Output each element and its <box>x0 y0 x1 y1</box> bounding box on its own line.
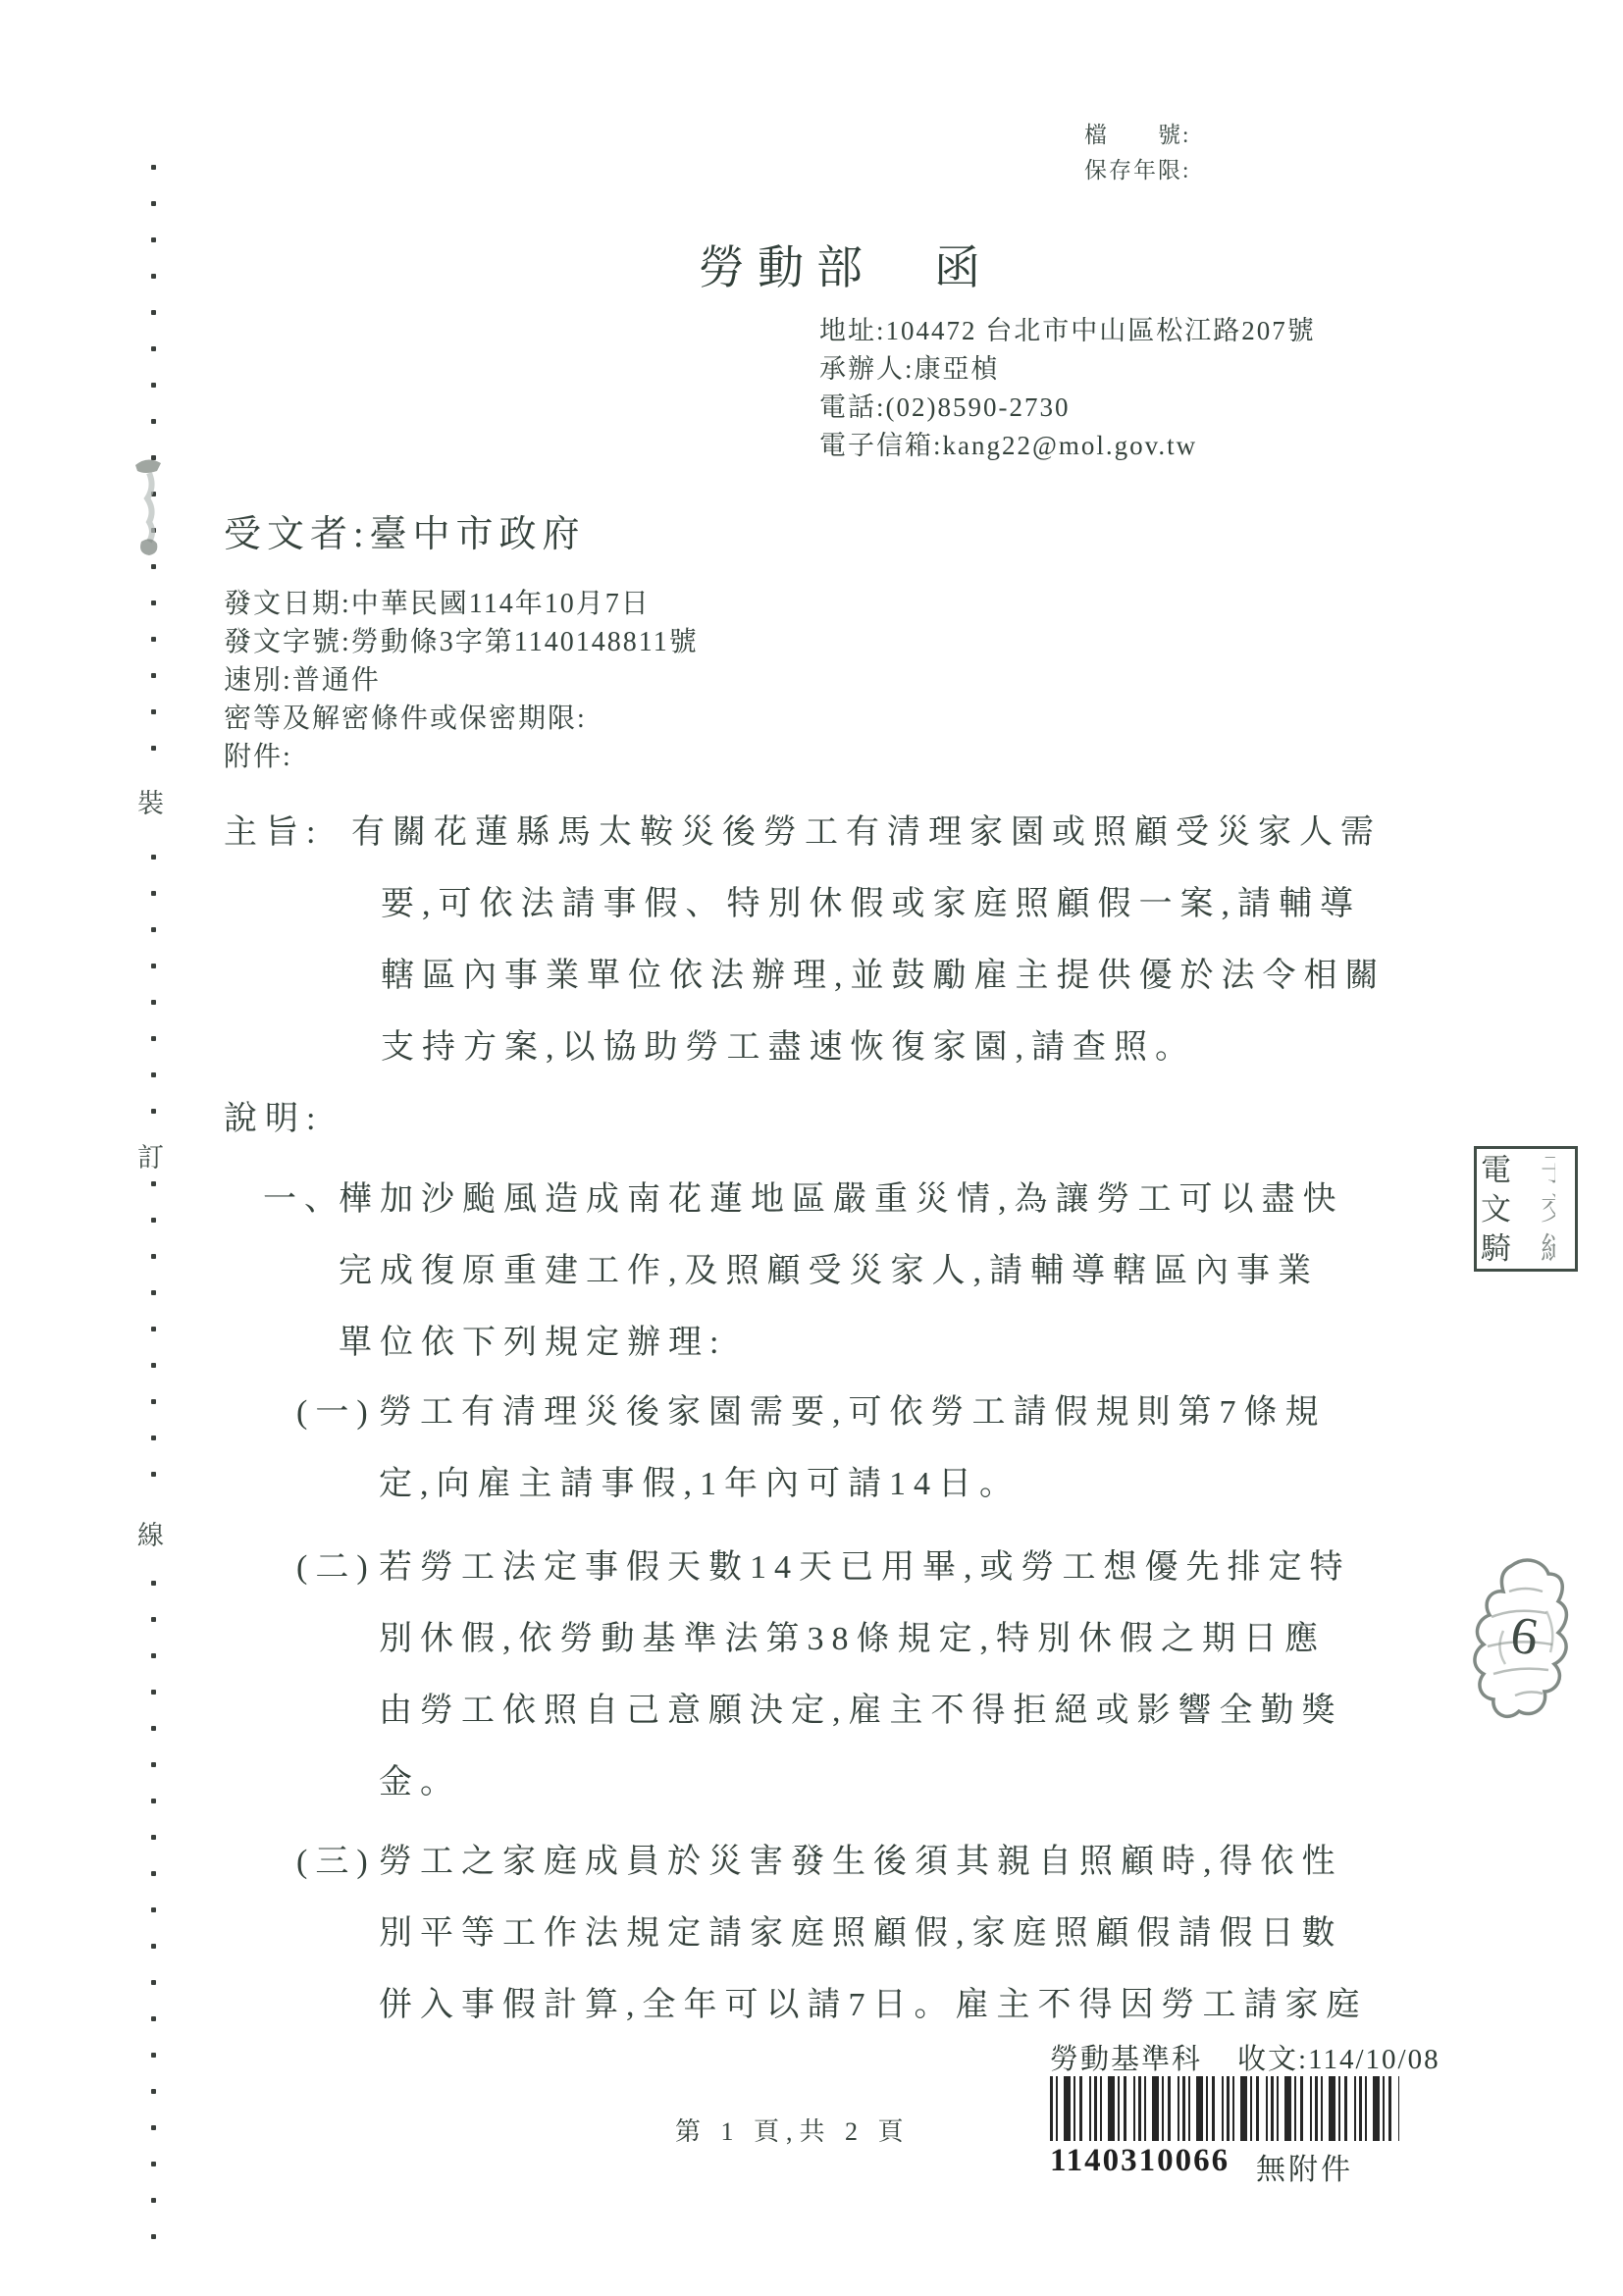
classification-line: 密等及解密條件或保密期限: <box>224 700 699 738</box>
binding-dot <box>151 1399 156 1404</box>
binding-dot <box>151 1690 156 1695</box>
page-footer: 第 1 頁,共 2 頁 <box>675 2112 911 2148</box>
binding-dot <box>151 1871 156 1876</box>
item-line: 由勞工依照自己意願決定,雇主不得拒絕或影響全勤獎 <box>379 1675 1351 1747</box>
binding-dot <box>151 1036 156 1041</box>
binding-dot <box>151 237 156 242</box>
file-number-block: 檔 號: 保存年限: <box>1084 118 1190 188</box>
file-number-label: 檔 號: <box>1084 118 1190 153</box>
binding-dot <box>151 1109 156 1114</box>
binding-dot <box>151 1907 156 1912</box>
phone-line: 電話:(02)8590-2730 <box>819 389 1316 427</box>
scanned-letter: { "header": { "file_label": "檔 號:", "ret… <box>0 0 1623 2296</box>
binding-dot <box>151 927 156 932</box>
subject-line: 轄區內事業單位依法辦理,並鼓勵雇主提供優於法令相關 <box>381 940 1387 1012</box>
barcode <box>1050 2076 1399 2141</box>
binding-dot <box>151 746 156 751</box>
item-line: 勞工有清理災後家園需要,可依勞工請假規則第7條規 <box>379 1377 1327 1448</box>
document-title: 勞動部 函 <box>699 232 993 297</box>
binding-dot <box>151 201 156 206</box>
binding-dot <box>151 1254 156 1259</box>
binding-dot <box>151 310 156 315</box>
binding-dot <box>151 1000 156 1005</box>
binding-dot <box>151 2234 156 2239</box>
receipt-attachment: 無附件 <box>1256 2145 1353 2188</box>
binding-dot <box>151 855 156 860</box>
binding-dot <box>151 1181 156 1186</box>
binding-dot <box>151 673 156 678</box>
binding-dot <box>151 1799 156 1803</box>
binding-dot <box>151 1072 156 1077</box>
receipt-dept: 勞動基準科 <box>1050 2044 1202 2075</box>
binding-dot <box>151 1363 156 1368</box>
address-line: 地址:104472 台北市中山區松江路207號 <box>819 312 1316 350</box>
priority-line: 速別:普通件 <box>224 661 699 700</box>
binding-dot <box>151 346 156 351</box>
binding-mark-ding: 訂 <box>137 1136 164 1174</box>
item-1: 樺加沙颱風造成南花蓮地區嚴重災情,為讓勞工可以盡快 完成復原重建工作,及照顧受災… <box>339 1164 1344 1379</box>
binding-dot <box>151 419 156 424</box>
binding-dot <box>151 1581 156 1586</box>
binding-dot <box>151 2053 156 2058</box>
subject-line: 要,可依法請事假、特別休假或家庭照顧假一案,請輔導 <box>381 868 1387 940</box>
seam-stamp: 電 文 騎 子 交 縫 <box>1474 1146 1578 1272</box>
binding-dot <box>151 1435 156 1440</box>
attachment-line: 附件: <box>224 738 699 776</box>
binding-dot <box>151 383 156 388</box>
receipt-stamp-header: 勞動基準科收文:114/10/08 <box>1050 2037 1440 2077</box>
binding-dot <box>151 1726 156 1731</box>
item-1-3: 勞工之家庭成員於災害發生後須其親自照顧時,得依性 別平等工作法規定請家庭照顧假,… <box>379 1826 1368 2041</box>
item-1-2-label: (二) <box>296 1532 376 1603</box>
contact-person-line: 承辦人:康亞楨 <box>819 350 1316 389</box>
binding-dot <box>151 165 156 170</box>
binding-dot <box>151 1327 156 1331</box>
binding-dot <box>151 1290 156 1295</box>
binding-dot <box>151 274 156 279</box>
binding-dot <box>151 2016 156 2021</box>
binding-dot <box>151 1980 156 1985</box>
binding-dot <box>151 709 156 714</box>
binding-dot <box>151 891 156 896</box>
item-line: 定,向雇主請事假,1年內可請14日。 <box>379 1448 1327 1520</box>
seam-stamp-full-column: 電 文 騎 <box>1481 1151 1511 1267</box>
binding-dot <box>151 600 156 605</box>
item-line: 勞工之家庭成員於災害發生後須其親自照顧時,得依性 <box>379 1826 1368 1898</box>
item-1-label: 一、 <box>263 1164 345 1235</box>
binding-dot <box>151 2125 156 2130</box>
binding-mark-zhuang: 裝 <box>137 782 164 820</box>
binding-dot <box>151 2089 156 2094</box>
subject-line: 支持方案,以協助勞工盡速恢復家園,請查照。 <box>381 1012 1387 1083</box>
item-line: 樺加沙颱風造成南花蓮地區嚴重災情,為讓勞工可以盡快 <box>339 1164 1344 1235</box>
binding-dot <box>151 637 156 642</box>
receipt-date: 收文:114/10/08 <box>1237 2044 1440 2075</box>
issue-date-line: 發文日期:中華民國114年10月7日 <box>224 585 699 623</box>
binding-dot <box>151 964 156 968</box>
binding-dot <box>151 2162 156 2166</box>
subject-line: 有關花蓮縣馬太鞍災後勞工有清理家園或照顧受災家人需 <box>351 797 1387 868</box>
seam-stamp-partial-column: 子 交 縫 <box>1541 1151 1571 1267</box>
page-seal-stamp: 6 <box>1450 1548 1607 1735</box>
item-line: 併入事假計算,全年可以請7日。雇主不得因勞工請家庭 <box>379 1969 1368 2041</box>
receipt-number: 1140310066 <box>1050 2143 1230 2179</box>
retention-period-label: 保存年限: <box>1084 153 1190 188</box>
email-line: 電子信箱:kang22@mol.gov.tw <box>819 427 1316 465</box>
item-1-2: 若勞工法定事假天數14天已用畢,或勞工想優先排定特 別休假,依勞動基準法第38條… <box>379 1532 1351 1818</box>
binding-dot <box>151 2198 156 2203</box>
item-line: 金。 <box>379 1747 1351 1818</box>
binding-dot <box>151 1653 156 1658</box>
sender-info-block: 地址:104472 台北市中山區松江路207號 承辦人:康亞楨 電話:(02)8… <box>819 312 1316 465</box>
item-line: 單位依下列規定辦理: <box>339 1307 1344 1379</box>
subject-paragraph: 有關花蓮縣馬太鞍災後勞工有清理家園或照顧受災家人需 要,可依法請事假、特別休假或… <box>351 797 1387 1083</box>
item-1-1: 勞工有清理災後家園需要,可依勞工請假規則第7條規 定,向雇主請事假,1年內可請1… <box>379 1377 1327 1520</box>
recipient-line: 受文者:臺中市政府 <box>224 503 586 557</box>
item-line: 別休假,依勞動基準法第38條規定,特別休假之期日應 <box>379 1603 1351 1675</box>
binding-dot <box>151 1835 156 1840</box>
margin-smudge <box>126 451 173 569</box>
explanation-label: 說明: <box>224 1083 323 1155</box>
binding-dot <box>151 1944 156 1949</box>
binding-dot <box>151 1218 156 1223</box>
doc-meta-block: 發文日期:中華民國114年10月7日 發文字號:勞動條3字第1140148811… <box>224 585 699 776</box>
doc-number-line: 發文字號:勞動條3字第1140148811號 <box>224 623 699 661</box>
item-line: 完成復原重建工作,及照顧受災家人,請輔導轄區內事業 <box>339 1235 1344 1307</box>
item-1-1-label: (一) <box>296 1377 376 1448</box>
item-line: 若勞工法定事假天數14天已用畢,或勞工想優先排定特 <box>379 1532 1351 1603</box>
binding-dot <box>151 1617 156 1622</box>
binding-mark-xian: 線 <box>137 1514 164 1552</box>
item-line: 別平等工作法規定請家庭照顧假,家庭照顧假請假日數 <box>379 1898 1368 1969</box>
binding-dot <box>151 1762 156 1767</box>
binding-dot <box>151 1472 156 1477</box>
subject-label: 主旨: <box>224 797 323 868</box>
item-1-3-label: (三) <box>296 1826 376 1898</box>
